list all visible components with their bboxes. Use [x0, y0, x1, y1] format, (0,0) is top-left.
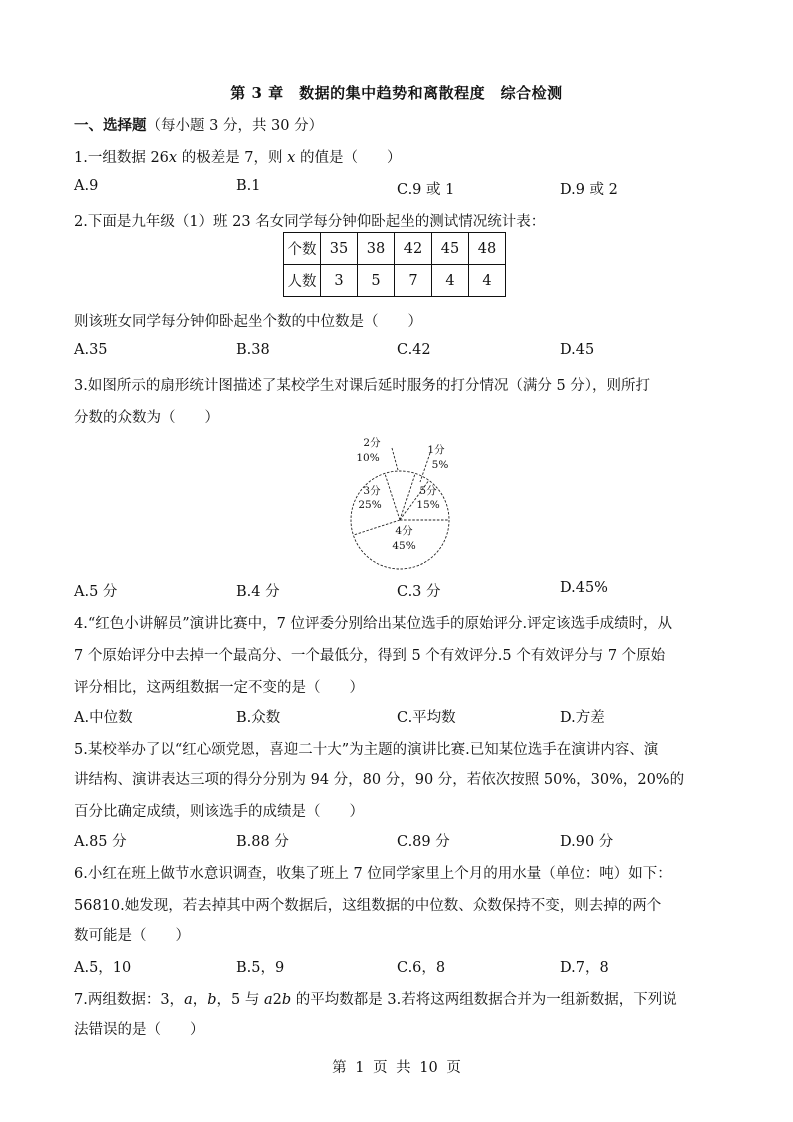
table-cell: 38 [358, 233, 395, 265]
option-b: B.1 [236, 178, 261, 194]
option-d: D.45 [560, 342, 594, 358]
slice-label-2: 2分 [363, 436, 381, 449]
table-cell: 3 [321, 265, 358, 297]
option-a: A.5 分 [74, 580, 117, 601]
table-cell: 4 [469, 265, 506, 297]
option-a: A.35 [74, 342, 108, 358]
section-heading: 一、选择题（每小题 3 分，共 30 分） [74, 114, 323, 135]
question-6-text-cont: 56810.她发现，若去掉其中两个数据后，这组数据的中位数、众数保持不变，则去掉… [74, 894, 724, 915]
question-5-text-cont2: 百分比确定成绩，则该选手的成绩是（ ） [74, 800, 724, 821]
document-page: 第 3 章 数据的集中趋势和离散程度 综合检测 一、选择题（每小题 3 分，共 … [0, 0, 793, 1122]
option-a: A.9 [74, 178, 98, 194]
question-2-prompt: 则该班女同学每分钟仰卧起坐个数的中位数是（ ） [74, 310, 724, 331]
slice-pct-3: 25% [358, 499, 381, 511]
table-row-header: 个数 [284, 233, 321, 265]
option-b: B.众数 [236, 706, 280, 727]
option-c: C.89 分 [397, 830, 450, 851]
section-title: 一、选择题 [74, 117, 147, 134]
question-3-text-cont: 分数的众数为（ ） [74, 406, 724, 427]
option-c: C.3 分 [397, 580, 441, 601]
question-3-options: A.5 分 B.4 分 C.3 分 D.45% [74, 580, 724, 600]
table-cell: 4 [432, 265, 469, 297]
table-cell: 35 [321, 233, 358, 265]
table-cell: 42 [395, 233, 432, 265]
slice-pct-5: 15% [416, 499, 439, 511]
option-d: D.90 分 [560, 830, 613, 851]
table-cell: 7 [395, 265, 432, 297]
question-3-text: 3.如图所示的扇形统计图描述了某校学生对课后延时服务的打分情况（满分 5 分），… [74, 374, 724, 395]
question-5-text: 5.某校举办了以“红心颂党恩，喜迎二十大”为主题的演讲比赛.已知某位选手在演讲内… [74, 738, 724, 759]
question-5-text-cont: 讲结构、演讲表达三项的得分分别为 94 分，80 分，90 分，若依次按照 50… [74, 768, 724, 789]
statistics-table: 个数 35 38 42 45 48 人数 3 5 7 4 4 [283, 232, 506, 297]
question-4-text: 4.“红色小讲解员”演讲比赛中，7 位评委分别给出某位选手的原始评分.评定该选手… [74, 612, 724, 633]
table-row-header: 人数 [284, 265, 321, 297]
question-4-text-cont2: 评分相比，这两组数据一定不变的是（ ） [74, 676, 724, 697]
question-4-text-cont: 7 个原始评分中去掉一个最高分、一个最低分，得到 5 个有效评分.5 个有效评分… [74, 644, 724, 665]
slice-label-4: 4分 [395, 524, 413, 537]
slice-label-5: 5分 [419, 484, 437, 497]
table-cell: 5 [358, 265, 395, 297]
question-2-options: A.35 B.38 C.42 D.45 [74, 342, 724, 362]
option-b: B.5，9 [236, 956, 284, 977]
option-a: A.5，10 [74, 956, 131, 977]
slice-pct-2: 10% [356, 452, 379, 464]
question-6-text: 6.小红在班上做节水意识调查，收集了班上 7 位同学家里上个月的用水量（单位：吨… [74, 862, 724, 883]
option-b: B.88 分 [236, 830, 289, 851]
page-footer: 第 1 页 共 10 页 [0, 1056, 793, 1077]
table-cell: 45 [432, 233, 469, 265]
question-1-options: A.9 B.1 C.9 或 1 D.9 或 2 [74, 178, 724, 198]
option-a: A.85 分 [74, 830, 127, 851]
option-c: C.42 [397, 342, 431, 358]
option-d: D.方差 [560, 706, 605, 727]
option-c: C.6，8 [397, 956, 445, 977]
page-title: 第 3 章 数据的集中趋势和离散程度 综合检测 [0, 82, 793, 103]
question-2-text: 2.下面是九年级（1）班 23 名女同学每分钟仰卧起坐的测试情况统计表： [74, 210, 724, 231]
question-7-text: 7.两组数据：3，a，b，5 与 a2b 的平均数都是 3.若将这两组数据合并为… [74, 988, 724, 1009]
question-5-options: A.85 分 B.88 分 C.89 分 D.90 分 [74, 830, 724, 850]
table-row: 人数 3 5 7 4 4 [284, 265, 506, 297]
slice-pct-1: 5% [432, 459, 449, 471]
pie-chart: 2分 10% 1分 5% 3分 25% 5分 15% 4分 45% [330, 430, 470, 570]
option-c: C.9 或 1 [397, 178, 454, 199]
table-row: 个数 35 38 42 45 48 [284, 233, 506, 265]
option-d: D.7，8 [560, 956, 609, 977]
slice-label-3: 3分 [363, 484, 381, 497]
option-a: A.中位数 [74, 706, 133, 727]
option-c: C.平均数 [397, 706, 456, 727]
option-d: D.45% [560, 580, 608, 596]
question-1-text: 1.一组数据 26x 的极差是 7，则 x 的值是（ ） [74, 146, 724, 167]
slice-pct-4: 45% [392, 540, 415, 552]
option-b: B.4 分 [236, 580, 280, 601]
option-d: D.9 或 2 [560, 178, 618, 199]
section-note: （每小题 3 分，共 30 分） [147, 118, 324, 134]
question-7-text-cont: 法错误的是（ ） [74, 1018, 724, 1039]
slice-label-1: 1分 [427, 443, 445, 456]
table-cell: 48 [469, 233, 506, 265]
option-b: B.38 [236, 342, 270, 358]
question-6-text-cont2: 数可能是（ ） [74, 924, 724, 945]
question-4-options: A.中位数 B.众数 C.平均数 D.方差 [74, 706, 724, 726]
question-6-options: A.5，10 B.5，9 C.6，8 D.7，8 [74, 956, 724, 976]
